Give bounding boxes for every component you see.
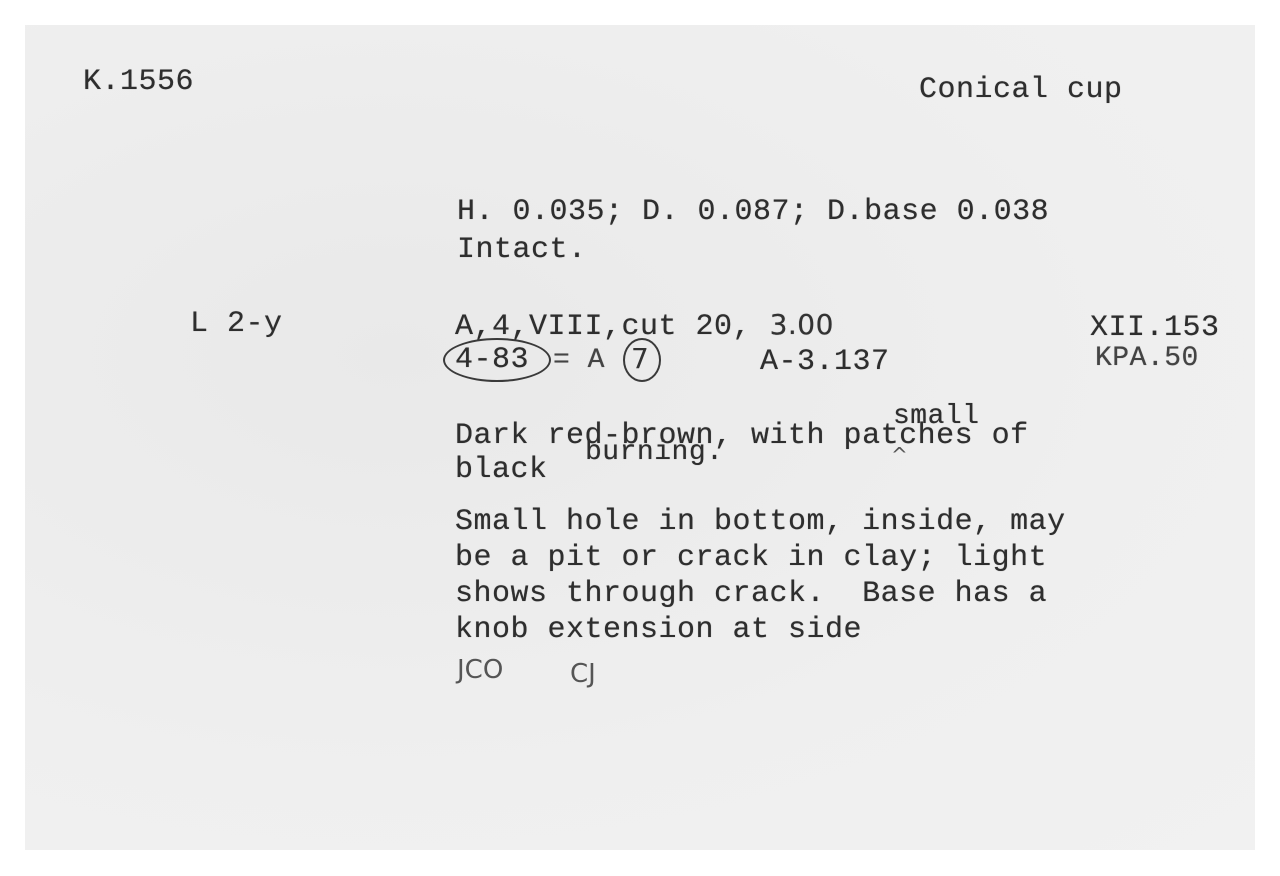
circled-ref: 4-83 — [455, 345, 529, 375]
findspot-handwritten: 3.00 — [770, 308, 834, 341]
equals-ref: = A — [553, 347, 605, 375]
note-line: knob extension at side — [455, 615, 862, 645]
findspot-ref: A-3.137 — [760, 347, 890, 377]
description-line1: Dark red-brown, with patches of — [455, 421, 1029, 451]
condition: Intact. — [457, 235, 587, 265]
note-line: Small hole in bottom, inside, may — [455, 507, 1066, 537]
ref-xii: XII.153 — [1090, 313, 1220, 343]
note-line: be a pit or crack in clay; light — [455, 543, 1047, 573]
dimensions: H. 0.035; D. 0.087; D.base 0.038 — [457, 197, 1049, 227]
ref-kpa: KPA.50 — [1095, 345, 1199, 373]
catalog-card: K.1556 Conical cup H. 0.035; D. 0.087; D… — [25, 25, 1255, 850]
circled-number: 7 — [631, 345, 649, 373]
description-line2: black — [455, 455, 548, 485]
initials-jco: JCO — [457, 657, 503, 683]
description-overtyped: burning. — [585, 439, 723, 467]
object-type: Conical cup — [919, 75, 1123, 105]
location-code: L 2-y — [190, 309, 283, 339]
note-line: shows through crack. Base has a — [455, 579, 1047, 609]
catalog-number: K.1556 — [83, 67, 194, 97]
initials-cj: CJ — [570, 661, 596, 687]
insert-caret: ^ — [891, 445, 908, 465]
